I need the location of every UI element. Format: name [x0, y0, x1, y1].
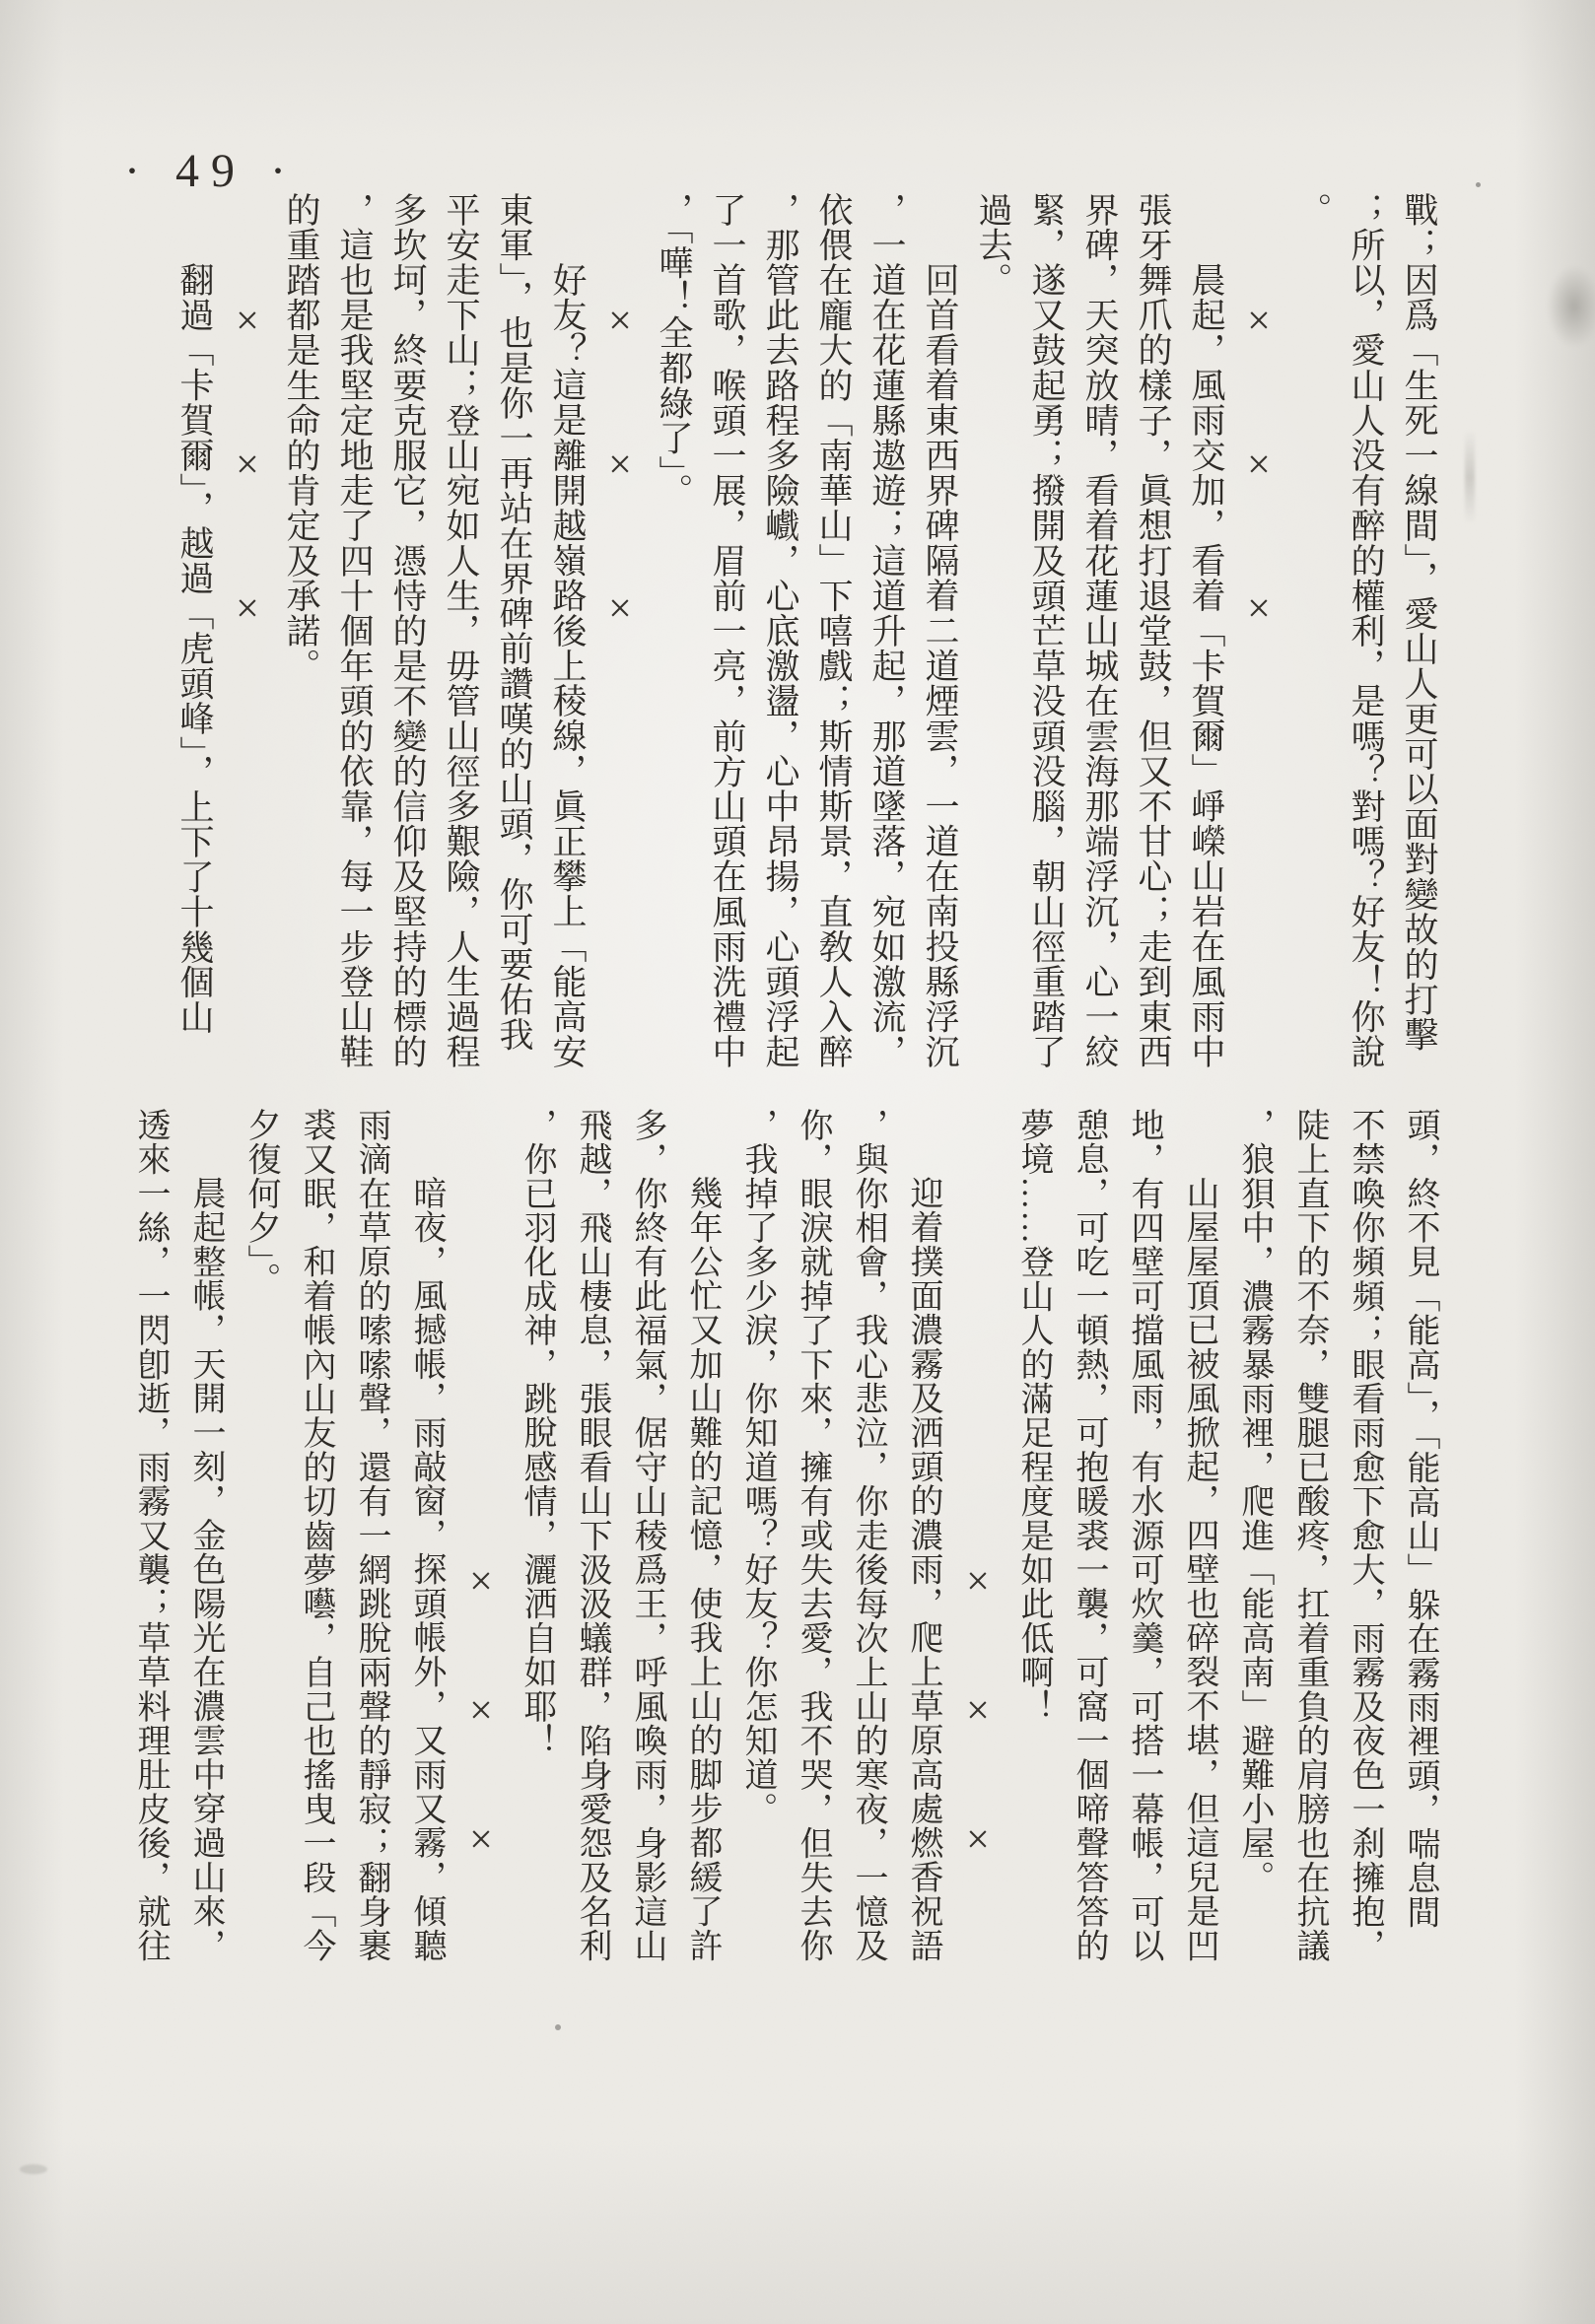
- text-column: 多坎坷，終要克服它，憑恃的是不變的信仰及堅持的標的: [381, 192, 434, 1079]
- scan-smudge: [1465, 430, 1475, 524]
- text-column: 戰；因爲「生死一線間」，愛山人更可以面對變故的打擊: [1392, 192, 1445, 1079]
- text-column: 暗夜，風撼帳，雨敲窗，探頭帳外，又雨又霧，傾聽: [398, 1108, 453, 1995]
- text-column: 飛越，飛山棲息，張眼看山下汲汲蟻群，陷身愛怨及名利: [564, 1108, 619, 1995]
- text-column: ，你已羽化成神，跳脫感情，灑洒自如耶！: [509, 1108, 564, 1995]
- scan-speck: [555, 2024, 561, 2030]
- text-column: 裘又眠，和着帳內山友的切齒夢囈，自己也搖曳一段「今: [288, 1108, 343, 1995]
- section-separator: ×××: [453, 1108, 509, 1995]
- bottom-text-band: 頭，終不見「能高」，「能高山」躲在霧雨裡頭，喘息間不禁喚你頻頻；眼看雨愈下愈大，…: [122, 1108, 1447, 1995]
- text-column: 過去。: [966, 192, 1019, 1079]
- text-column: ，我掉了多少淚，你知道嗎？好友？你怎知道。: [729, 1108, 785, 1995]
- text-column: 多，你終有此福氣，倨守山稜爲王，呼風喚雨，身影這山: [619, 1108, 674, 1995]
- text-column: ，那管此去路程多險巇，心底激盪，心中昂揚，心頭浮起: [753, 192, 806, 1079]
- text-column: 緊，遂又鼓起勇；撥開及頭芒草没頭没腦，朝山徑重踏了: [1019, 192, 1073, 1079]
- section-separator: ×××: [1232, 192, 1285, 1079]
- text-column: 你，眼淚就掉了下來，擁有或失去愛，我不哭，但失去你: [785, 1108, 840, 1995]
- text-column: 張牙舞爪的樣子，眞想打退堂鼓，但又不甘心；走到東西: [1126, 192, 1179, 1079]
- text-column: 界碑，天突放晴，看着花蓮山城在雲海那端浮沉，心一絞: [1073, 192, 1126, 1079]
- text-column: ，「嘩！全都綠了」。: [647, 192, 700, 1079]
- text-column: 夢境……登山人的滿足程度是如此低啊！: [1006, 1108, 1061, 1995]
- top-text-band: 戰；因爲「生死一線間」，愛山人更可以面對變故的打擊；所以，愛山人没有醉的權利，是…: [168, 192, 1445, 1079]
- text-column: 透來一絲，一閃卽逝，雨霧又襲；草草料理肚皮後，就往: [122, 1108, 177, 1995]
- scan-speck: [20, 2164, 47, 2174]
- text-column: 幾年公忙又加山難的記憶，使我上山的脚步都緩了許: [674, 1108, 729, 1995]
- text-column: ，與你相會，我心悲泣，你走後每次上山的寒夜，一憶及: [840, 1108, 895, 1995]
- text-column: 夕復何夕」。: [233, 1108, 288, 1995]
- text-column: ，這也是我堅定地走了四十個年頭的依靠，每一步登山鞋: [327, 192, 381, 1079]
- text-column: 了一首歌，喉頭一展，眉前一亮，前方山頭在風雨洗禮中: [700, 192, 753, 1079]
- text-column: 。: [1285, 192, 1339, 1079]
- section-separator: ×××: [593, 192, 647, 1079]
- text-column: 憩息，可吃一頓熱，可抱暖裘一襲，可窩一個啼聲答答的: [1061, 1108, 1116, 1995]
- text-column: 雨滴在草原的嗦嗦聲，還有一網跳脫兩聲的靜寂；翻身裹: [343, 1108, 398, 1995]
- text-column: 陡上直下的不奈，雙腿已酸疼，扛着重負的肩膀也在抗議: [1282, 1108, 1337, 1995]
- text-column: ，狼狽中，濃霧暴雨裡，爬進「能高南」避難小屋。: [1226, 1108, 1282, 1995]
- text-column: 晨起，風雨交加，看着「卡賀爾」崢嶸山岩在風雨中: [1179, 192, 1232, 1079]
- text-column: 東軍」，也是你一再站在界碑前讚嘆的山頭，你可要佑我: [487, 192, 540, 1079]
- scan-speck: [1476, 182, 1481, 187]
- scanned-book-page: · 49 · 戰；因爲「生死一線間」，愛山人更可以面對變故的打擊；所以，愛山人没…: [0, 0, 1595, 2324]
- section-separator: ×××: [221, 192, 274, 1079]
- text-column: ；所以，愛山人没有醉的權利，是嗎？對嗎？好友！你說: [1339, 192, 1392, 1079]
- text-column: 回首看着東西界碑隔着二道煙雲，一道在南投縣浮沉: [913, 192, 966, 1079]
- text-column: 依偎在龐大的「南華山」下嘻戲；斯情斯景，直敎人入醉: [806, 192, 860, 1079]
- text-column: 的重踏都是生命的肯定及承諾。: [274, 192, 327, 1079]
- text-column: 山屋屋頂已被風掀起，四壁也碎裂不堪，但這兒是凹: [1171, 1108, 1226, 1995]
- text-column: 頭，終不見「能高」，「能高山」躲在霧雨裡頭，喘息間: [1392, 1108, 1447, 1995]
- text-column: 好友？這是離開越嶺路後上稜線，眞正攀上「能高安: [540, 192, 593, 1079]
- text-column: ，一道在花蓮縣遨遊；這道升起，那道墜落，宛如激流，: [860, 192, 913, 1079]
- section-separator: ×××: [950, 1108, 1006, 1995]
- text-column: 迎着撲面濃霧及洒頭的濃雨，爬上草原高處燃香祝語: [895, 1108, 950, 1995]
- text-column: 不禁喚你頻頻；眼看雨愈下愈大，雨霧及夜色一刹擁抱，: [1337, 1108, 1392, 1995]
- text-column: 翻過「卡賀爾」，越過「虎頭峰」，上下了十幾個山: [168, 192, 221, 1079]
- text-column: 平安走下山；登山宛如人生，毋管山徑多艱險，人生過程: [434, 192, 487, 1079]
- scan-smudge: [1548, 266, 1595, 347]
- page-number: · 49 ·: [124, 144, 298, 198]
- text-column: 地，有四壁可擋風雨，有水源可炊羹，可搭一幕帳，可以: [1116, 1108, 1171, 1995]
- text-column: 晨起整帳，天開一刻，金色陽光在濃雲中穿過山來，: [177, 1108, 233, 1995]
